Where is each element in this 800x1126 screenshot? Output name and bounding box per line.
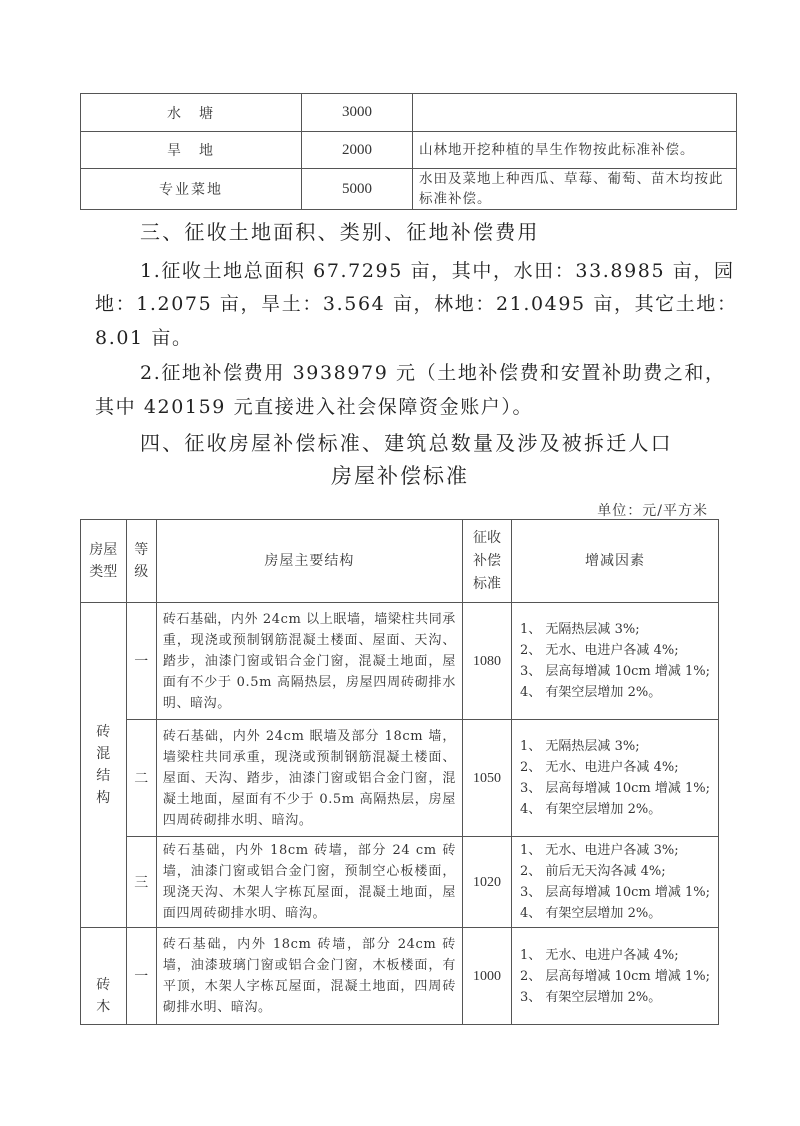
- land-note-cell: 水田及菜地上种西瓜、草莓、葡萄、苗木均按此标准补偿。: [413, 169, 737, 210]
- factor-item: 3、 层高每增减 10cm 增减 1%;: [520, 661, 710, 682]
- factor-item: 2、 无水、电进户各减 4%;: [520, 757, 710, 778]
- table-header-row: 房屋 类型 等 级 房屋主要结构 征收 补偿 标准 增减因素: [81, 520, 719, 603]
- table-title: 房屋补偿标准: [0, 460, 800, 490]
- paragraph-compensation-line1: 2.征地补偿费用 3938979 元（土地补偿费和安置补助费之和，: [140, 357, 726, 389]
- type-char: 结: [82, 765, 125, 787]
- section-4-heading: 四、征收房屋补偿标准、建筑总数量及涉及被拆迁人口: [140, 427, 673, 459]
- factors-cell: 1、 无水、电进户各减 3%; 2、 前后无天沟各减 4%; 3、 层高每增减 …: [512, 837, 719, 928]
- type-char: 砖: [82, 974, 125, 996]
- structure-cell: 砖石基础，内外 18cm 砖墙，部分 24cm 砖墙，油漆玻璃门窗或铝合金门窗，…: [156, 928, 462, 1025]
- header-text: 补偿: [473, 553, 501, 569]
- header-text: 等: [134, 542, 148, 558]
- header-grade: 等 级: [126, 520, 156, 603]
- grade-cell: 一: [126, 603, 156, 720]
- factor-item: 1、 无隔热层减 3%;: [520, 736, 710, 757]
- grade-cell: 一: [126, 928, 156, 1025]
- house-type-cell: 砖 混 结 构: [81, 603, 127, 928]
- price-cell: 1000: [462, 928, 511, 1025]
- grade-cell: 二: [126, 720, 156, 837]
- grade-cell: 三: [126, 837, 156, 928]
- price-cell: 1050: [462, 720, 511, 837]
- factor-item: 2、 前后无天沟各减 4%;: [520, 861, 710, 882]
- house-type-cell: 砖 木: [81, 928, 127, 1025]
- unit-label: 单位：元/平方米: [597, 500, 708, 520]
- structure-cell: 砖石基础，内外 18cm 砖墙，部分 24 cm 砖墙，油漆门窗或铝合金门窗，预…: [156, 837, 462, 928]
- house-compensation-table: 房屋 类型 等 级 房屋主要结构 征收 补偿 标准 增减因素 砖 混 结 构 一…: [80, 519, 719, 1025]
- paragraph-compensation-line2: 其中 420159 元直接进入社会保障资金账户）。: [95, 391, 533, 423]
- table-row: 砖 木 一 砖石基础，内外 18cm 砖墙，部分 24cm 砖墙，油漆玻璃门窗或…: [81, 928, 719, 1025]
- type-char: 木: [82, 996, 125, 1018]
- paragraph-land-area-line3: 8.01 亩。: [95, 322, 193, 354]
- price-cell: 1020: [462, 837, 511, 928]
- header-text: 房屋: [89, 542, 117, 558]
- factors-cell: 1、 无水、电进户各减 4%; 2、 层高每增减 10cm 增减 1%; 3、 …: [512, 928, 719, 1025]
- table-row: 旱 地 2000 山林地开挖种植的旱生作物按此标准补偿。: [81, 132, 737, 169]
- type-char: 混: [82, 743, 125, 765]
- table-row: 砖 混 结 构 一 砖石基础，内外 24cm 以上眠墙，墙梁柱共同承重，现浇或预…: [81, 603, 719, 720]
- header-text: 类型: [89, 564, 117, 580]
- factors-cell: 1、 无隔热层减 3%; 2、 无水、电进户各减 4%; 3、 层高每增减 10…: [512, 603, 719, 720]
- paragraph-land-area-line1: 1.征收土地总面积 67.7295 亩，其中，水田：33.8985 亩，园: [140, 255, 735, 287]
- section-3-heading: 三、征收土地面积、类别、征地补偿费用: [140, 216, 540, 248]
- paragraph-land-area-line2: 地：1.2075 亩，旱土：3.564 亩，林地：21.0495 亩，其它土地：: [95, 288, 738, 320]
- land-type-cell: 旱 地: [81, 132, 302, 169]
- header-structure: 房屋主要结构: [156, 520, 462, 603]
- table-row: 三 砖石基础，内外 18cm 砖墙，部分 24 cm 砖墙，油漆门窗或铝合金门窗…: [81, 837, 719, 928]
- factor-item: 4、 有架空层增加 2%。: [520, 682, 710, 703]
- structure-cell: 砖石基础，内外 24cm 以上眠墙，墙梁柱共同承重，现浇或预制钢筋混凝土楼面、屋…: [156, 603, 462, 720]
- land-note-cell: 山林地开挖种植的旱生作物按此标准补偿。: [413, 132, 737, 169]
- land-value-cell: 3000: [302, 94, 413, 132]
- price-cell: 1080: [462, 603, 511, 720]
- factor-item: 2、 无水、电进户各减 4%;: [520, 640, 710, 661]
- header-text: 征收: [473, 530, 501, 546]
- factor-item: 4、 有架空层增加 2%。: [520, 903, 710, 924]
- land-note-cell: [413, 94, 737, 132]
- header-house-type: 房屋 类型: [81, 520, 127, 603]
- land-type-cell: 水 塘: [81, 94, 302, 132]
- header-text: 标准: [473, 576, 501, 592]
- header-factors: 增减因素: [512, 520, 719, 603]
- factor-item: 3、 有架空层增加 2%。: [520, 987, 710, 1008]
- factor-item: 2、 层高每增减 10cm 增减 1%;: [520, 966, 710, 987]
- factors-cell: 1、 无隔热层减 3%; 2、 无水、电进户各减 4%; 3、 层高每增减 10…: [512, 720, 719, 837]
- structure-cell: 砖石基础，内外 24cm 眠墙及部分 18cm 墙，墙梁柱共同承重，现浇或预制钢…: [156, 720, 462, 837]
- header-text: 级: [134, 564, 148, 580]
- factor-item: 1、 无隔热层减 3%;: [520, 619, 710, 640]
- factor-item: 1、 无水、电进户各减 4%;: [520, 945, 710, 966]
- land-value-cell: 2000: [302, 132, 413, 169]
- header-price: 征收 补偿 标准: [462, 520, 511, 603]
- land-type-cell: 专业菜地: [81, 169, 302, 210]
- table-row: 专业菜地 5000 水田及菜地上种西瓜、草莓、葡萄、苗木均按此标准补偿。: [81, 169, 737, 210]
- factor-item: 4、 有架空层增加 2%。: [520, 799, 710, 820]
- type-char: 构: [82, 787, 125, 809]
- table-row: 二 砖石基础，内外 24cm 眠墙及部分 18cm 墙，墙梁柱共同承重，现浇或预…: [81, 720, 719, 837]
- land-value-cell: 5000: [302, 169, 413, 210]
- land-compensation-table: 水 塘 3000 旱 地 2000 山林地开挖种植的旱生作物按此标准补偿。 专业…: [80, 93, 737, 210]
- type-char: 砖: [82, 721, 125, 743]
- factor-item: 3、 层高每增减 10cm 增减 1%;: [520, 778, 710, 799]
- factor-item: 1、 无水、电进户各减 3%;: [520, 840, 710, 861]
- factor-item: 3、 层高每增减 10cm 增减 1%;: [520, 882, 710, 903]
- table-row: 水 塘 3000: [81, 94, 737, 132]
